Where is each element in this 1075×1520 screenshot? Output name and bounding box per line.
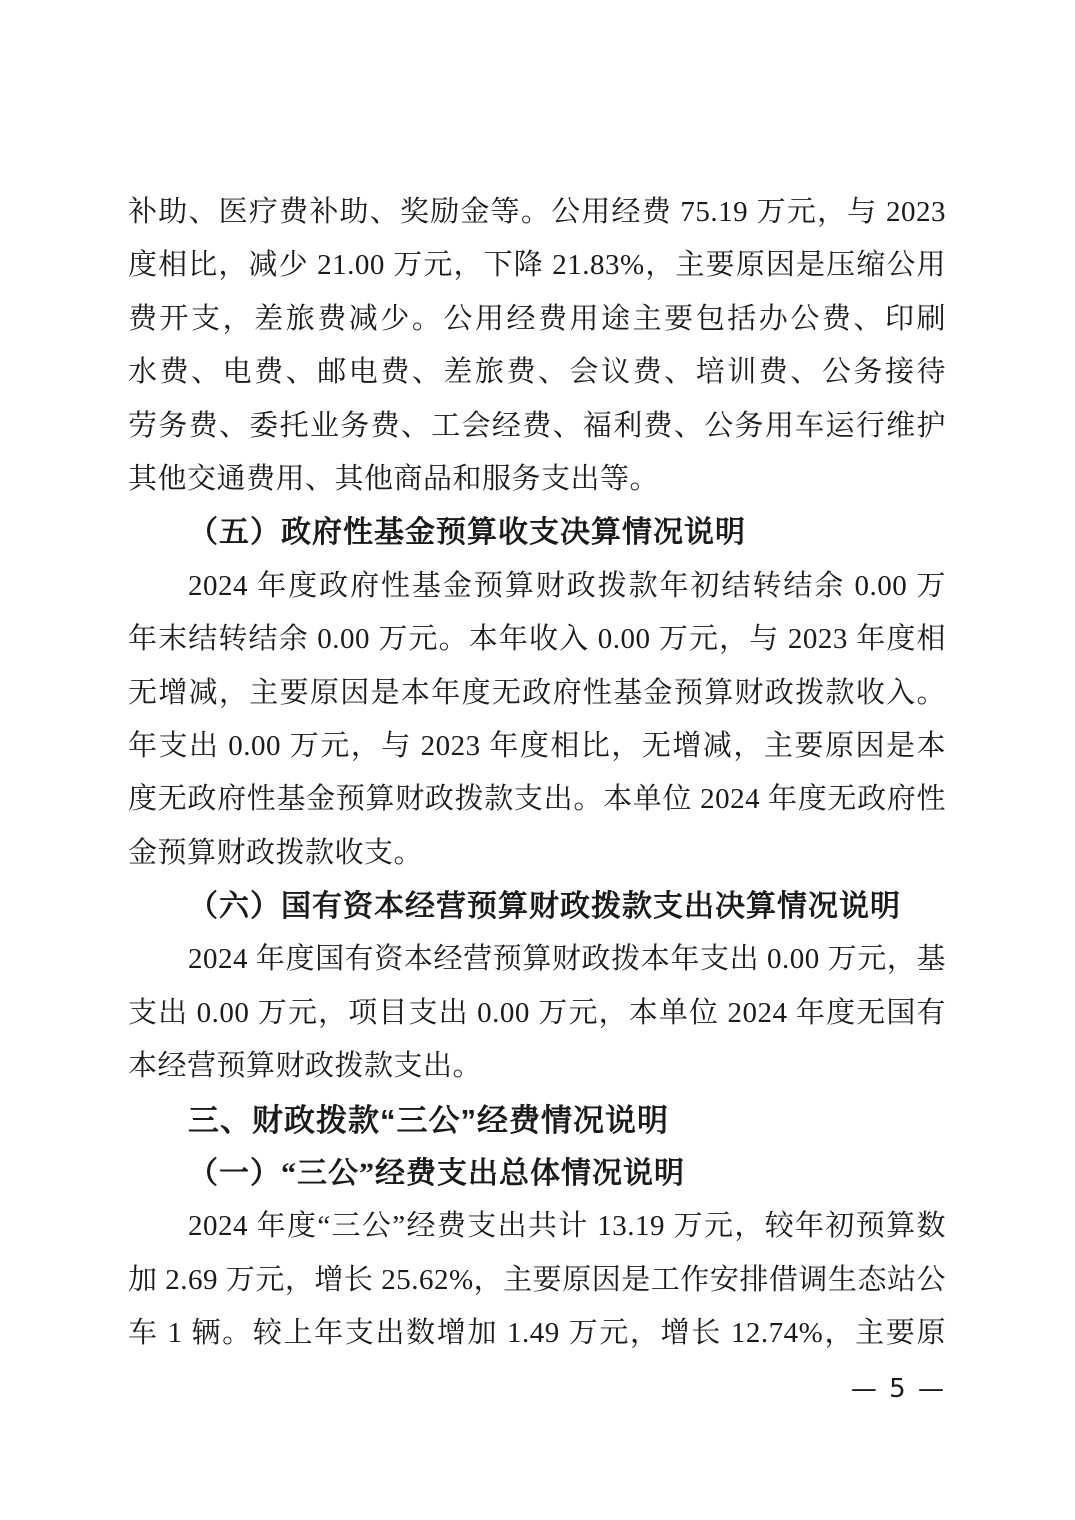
text-line: 补助、医疗费补助、奖励金等。公用经费 75.19 万元，与 2023 年 [128,186,946,239]
section-heading-5: （五）政府性基金预算收支决算情况说明 [128,506,946,559]
text-line: 2024 年度国有资本经营预算财政拨本年支出 0.00 万元，基本 [128,933,946,986]
text-line: 加 2.69 万元，增长 25.62%，主要原因是工作安排借调生态站公务 [128,1254,946,1307]
text-line: 支出 0.00 万元，项目支出 0.00 万元，本单位 2024 年度无国有资 [128,987,946,1040]
text-line: 年支出 0.00 万元，与 2023 年度相比，无增减，主要原因是本年 [128,720,946,773]
page-number: — 5 — [851,1374,946,1404]
text-line: 费开支，差旅费减少。公用经费用途主要包括办公费、印刷费、 [128,293,946,346]
text-line: 车 1 辆。较上年支出数增加 1.49 万元，增长 12.74%，主要原因是 [128,1307,946,1360]
text-line: 度相比，减少 21.00 万元，下降 21.83%，主要原因是压缩公用经 [128,239,946,292]
chapter-heading-3: 三、财政拨款“三公”经费情况说明 [128,1094,946,1147]
text-line: 2024 年度政府性基金预算财政拨款年初结转结余 0.00 万元， [128,560,946,613]
text-line: 年末结转结余 0.00 万元。本年收入 0.00 万元，与 2023 年度相比， [128,613,946,666]
text-line: 劳务费、委托业务费、工会经费、福利费、公务用车运行维护费、 [128,400,946,453]
subsection-heading-1: （一）“三公”经费支出总体情况说明 [128,1147,946,1200]
section-heading-6: （六）国有资本经营预算财政拨款支出决算情况说明 [128,880,946,933]
text-line: 其他交通费用、其他商品和服务支出等。 [128,453,946,506]
text-line: 无增减，主要原因是本年度无政府性基金预算财政拨款收入。本 [128,667,946,720]
text-line: 金预算财政拨款收支。 [128,827,946,880]
page-body-text: 补助、医疗费补助、奖励金等。公用经费 75.19 万元，与 2023 年 度相比… [128,186,946,1361]
text-line: 度无政府性基金预算财政拨款支出。本单位 2024 年度无政府性基 [128,773,946,826]
text-line: 水费、电费、邮电费、差旅费、会议费、培训费、公务接待费、 [128,346,946,399]
text-line: 2024 年度“三公”经费支出共计 13.19 万元，较年初预算数增 [128,1200,946,1253]
text-line: 本经营预算财政拨款支出。 [128,1040,946,1093]
document-page: 补助、医疗费补助、奖励金等。公用经费 75.19 万元，与 2023 年 度相比… [0,0,1075,1520]
